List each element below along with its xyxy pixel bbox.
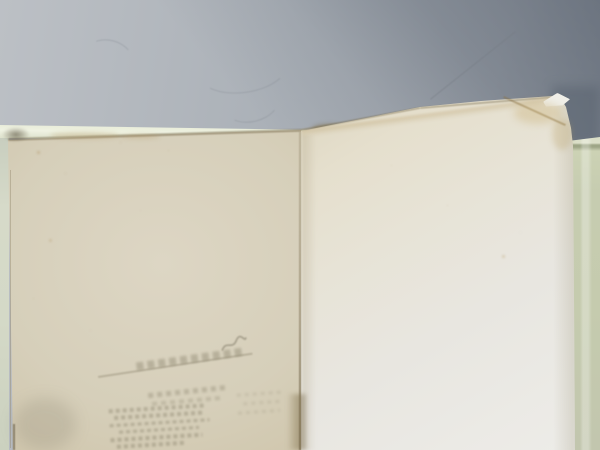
foxing-spots xyxy=(0,0,1,1)
page-stain xyxy=(120,134,160,139)
book-photo xyxy=(0,0,600,450)
page-stain xyxy=(50,132,120,139)
corner-stain xyxy=(552,118,572,150)
gutter-shadow xyxy=(287,394,306,450)
page-edge-line xyxy=(10,170,12,448)
right-page xyxy=(301,93,575,450)
ghost-text-block xyxy=(237,390,290,433)
ghost-text-block xyxy=(109,403,220,450)
page-shading xyxy=(14,398,76,450)
left-cover-edge xyxy=(0,126,9,450)
corner-smudge xyxy=(2,127,30,142)
